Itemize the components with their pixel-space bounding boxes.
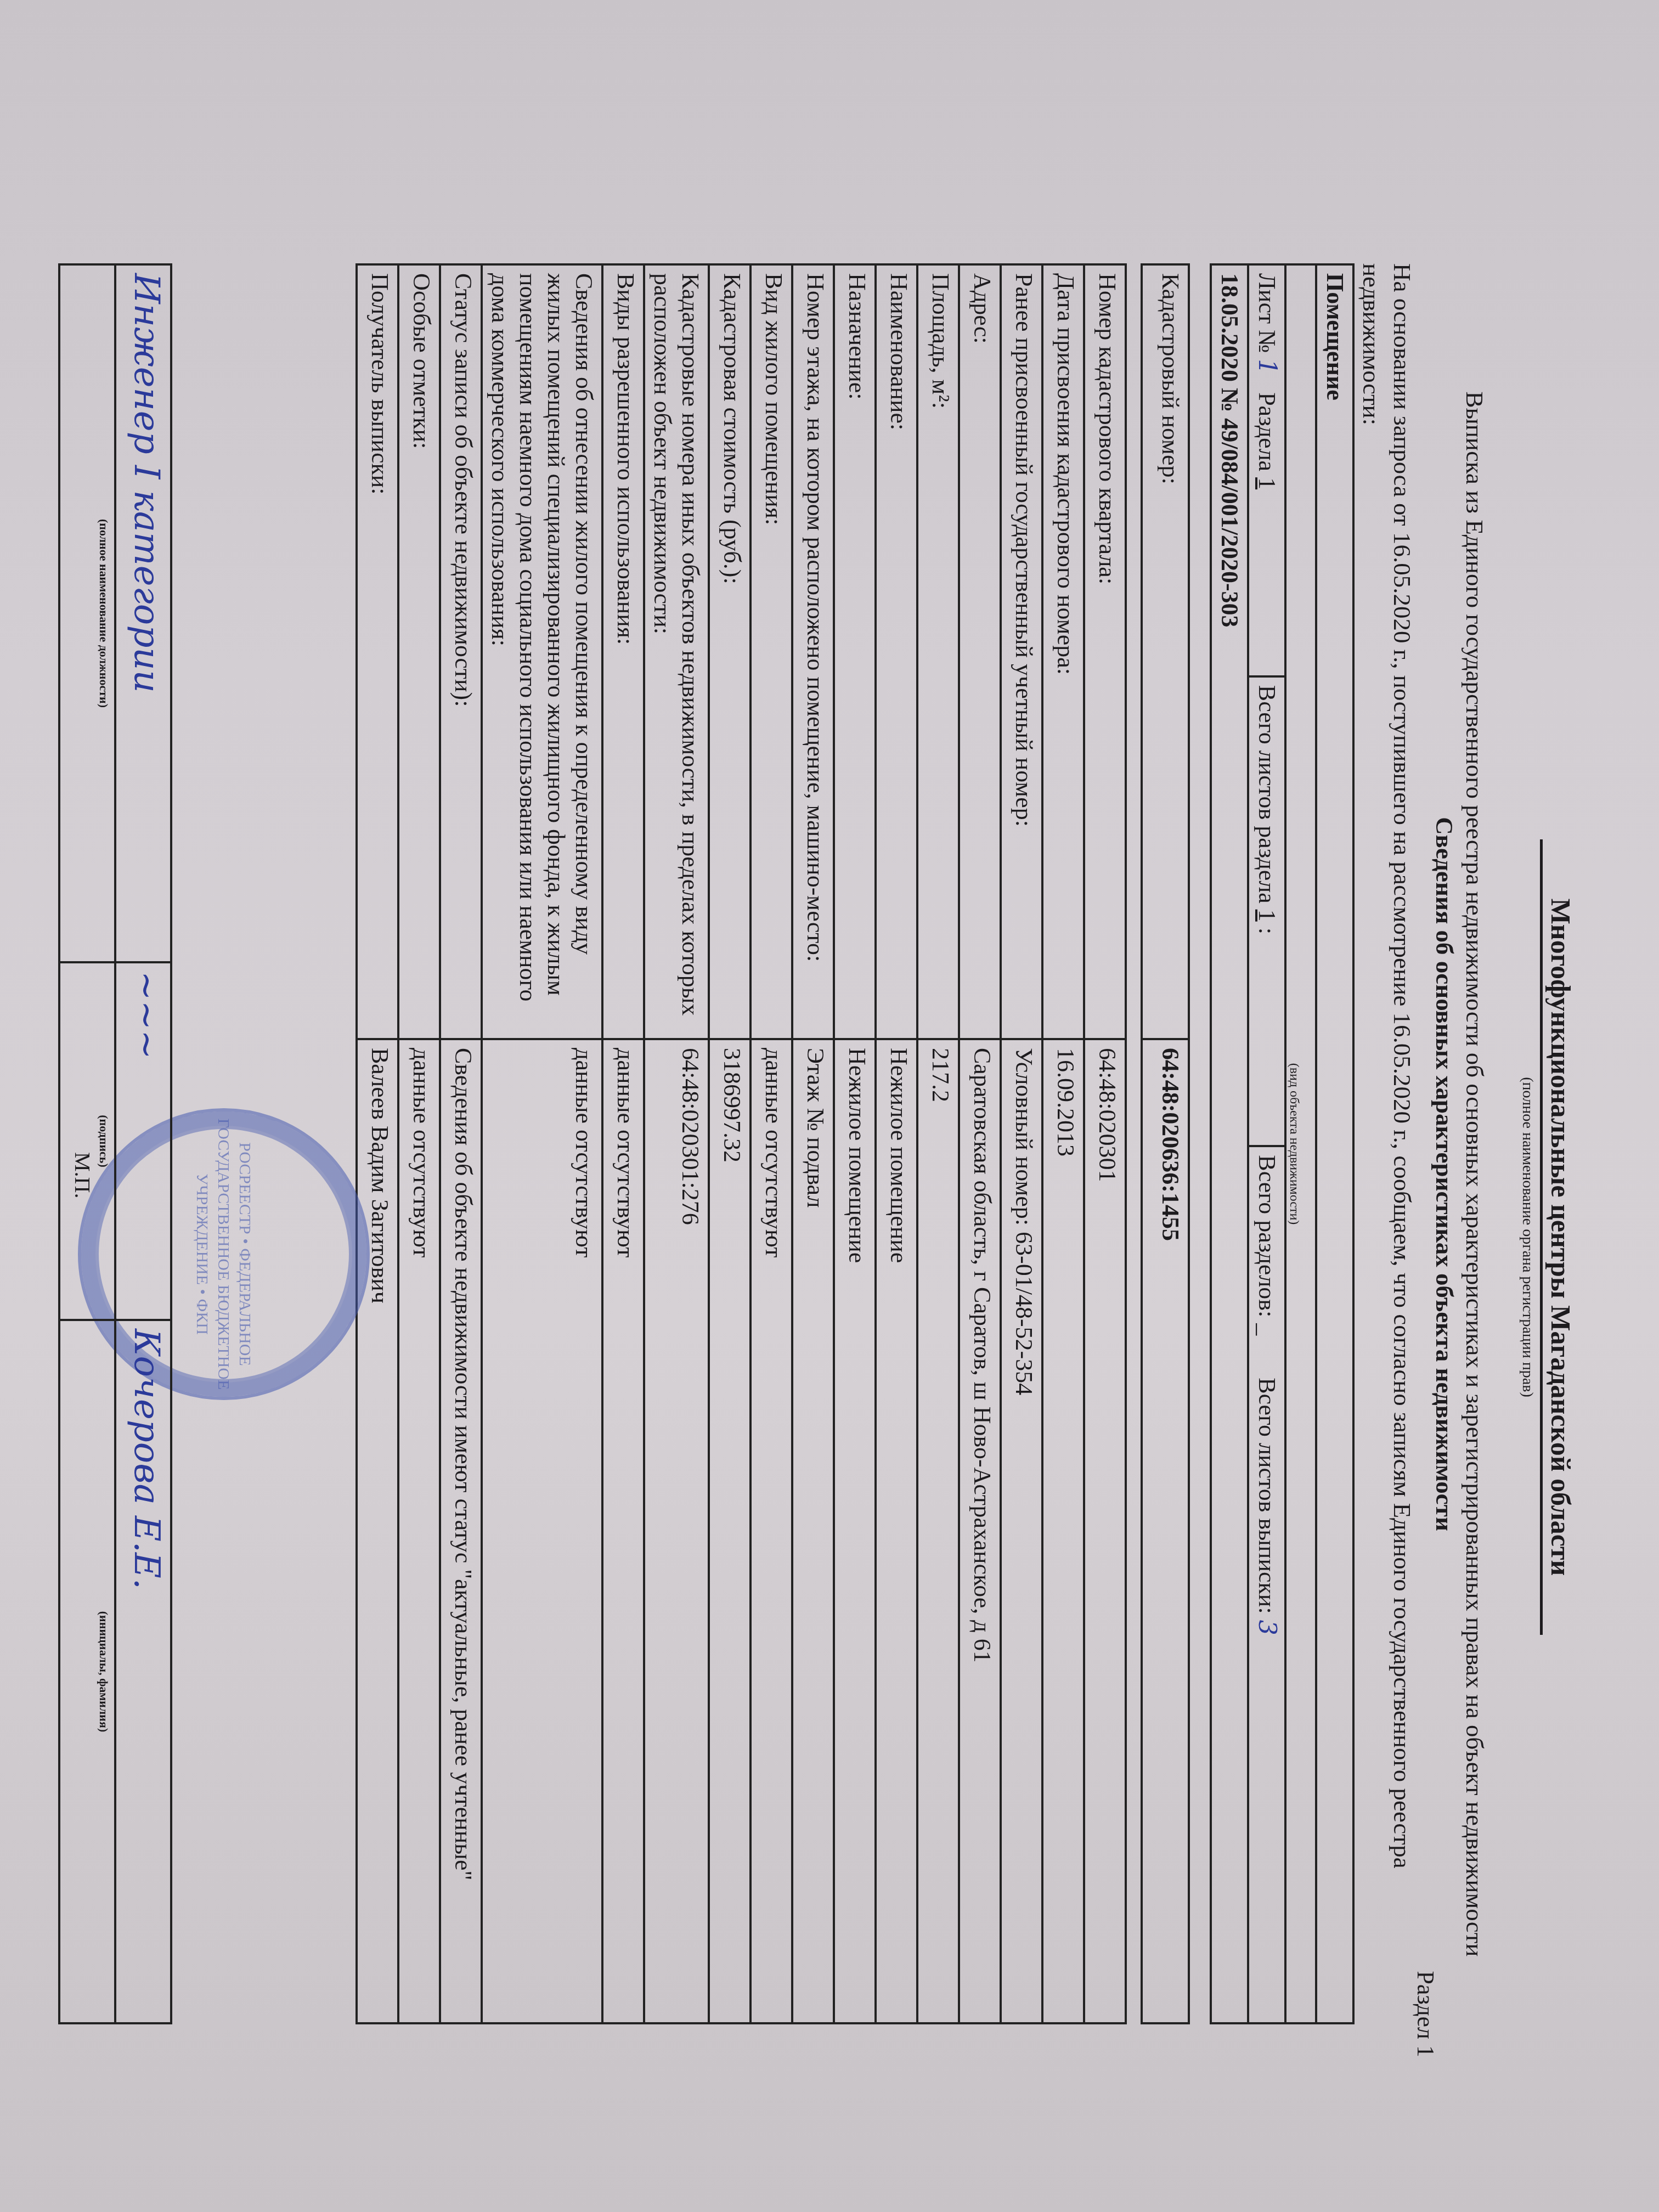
row-label: Наименование:: [876, 264, 917, 1039]
name-caption: (инициалы, фамилия): [59, 1320, 115, 2023]
row-label: Получатель выписки:: [357, 264, 398, 1039]
row-value: 3186997.32: [709, 1039, 751, 2023]
stamp-text: РОСРЕЕСТР • ФЕДЕРАЛЬНОЕ ГОСУДАРСТВЕННОЕ …: [192, 1111, 256, 1397]
seal-label: М.П.: [70, 1152, 95, 1198]
row-value: Саратовская область, г Саратов, ш Ново-А…: [959, 1039, 1001, 2023]
object-type: Помещение: [1316, 264, 1353, 2023]
row-value: Этаж № подвал: [792, 1039, 834, 2023]
row-label: Кадастровая стоимость (руб.):: [709, 264, 751, 1039]
table-row: Сведения об отнесении жилого помещения к…: [482, 264, 602, 2023]
sheet-number: 1: [1253, 359, 1281, 374]
row-label: Особые отметки:: [398, 264, 440, 1039]
total-sheets-section-cell: Всего листов раздела 1 :: [1248, 676, 1285, 1146]
table-row: Площадь, м²:217.2: [917, 264, 959, 2023]
table-row: Виды разрешенного использования:данные о…: [602, 264, 644, 2023]
basis-text: На основании запроса от 16.05.2020 г., п…: [1356, 263, 1418, 2019]
table-row: Вид жилого помещения:данные отсутствуют: [751, 264, 792, 2023]
position-cell: Инженер I категории: [115, 264, 171, 962]
document-subtitle: Сведения об основных характеристиках объ…: [1430, 296, 1459, 2052]
sheet-number-cell: Лист № 1 Раздела 1: [1248, 264, 1285, 676]
position-handwritten: Инженер I категории: [126, 273, 167, 693]
signature-handwritten-icon: ~~~: [126, 971, 167, 1059]
table-row: Статус записи об объекте недвижимости):С…: [440, 264, 482, 2023]
organization-caption: (полное наименование органа регистрации …: [1519, 839, 1536, 1635]
row-label: Номер этажа, на котором расположено поме…: [792, 264, 834, 1039]
table-row: Дата присвоения кадастрового номера:16.0…: [1042, 264, 1084, 2023]
sheet-label: Лист №: [1254, 273, 1280, 353]
document-title: Выписка из Единого государственного реес…: [1460, 296, 1489, 2052]
row-value: 64:48:020301:276: [644, 1039, 709, 2023]
name-handwritten: Кочерова Е.Е.: [126, 1329, 167, 1589]
name-cell: Кочерова Е.Е.: [115, 1320, 171, 2023]
section-label-inline: Раздела: [1254, 392, 1280, 471]
row-label: Адрес:: [959, 264, 1001, 1039]
table-row: Кадастровая стоимость (руб.):3186997.32: [709, 264, 751, 2023]
row-label: Дата присвоения кадастрового номера:: [1042, 264, 1084, 1039]
table-row: Получатель выписки:Валеев Вадим Загитови…: [357, 264, 398, 2023]
organization-name: Многофункциональные центры Магаданской о…: [1540, 839, 1577, 1635]
total-sections-cell: Всего разделов: _ Всего листов выписки: …: [1248, 1146, 1285, 2023]
signature-caption: (подпись): [59, 962, 115, 1320]
object-header-table: Помещение (вид объекта недвижимости) Лис…: [1210, 263, 1355, 2024]
table-row: Особые отметки:данные отсутствуют: [398, 264, 440, 2023]
row-value: Нежилое помещение: [876, 1039, 917, 2023]
row-label: Сведения об отнесении жилого помещения к…: [482, 264, 602, 1039]
total-sheets-section-value: 1: [1254, 910, 1280, 922]
total-sections-value: _: [1254, 1323, 1280, 1335]
signature-cell: ~~~: [115, 962, 171, 1320]
cadastral-number-label: Кадастровый номер:: [1142, 264, 1189, 1039]
date-and-number: 18.05.2020 № 49/084/001/2020-303: [1211, 264, 1248, 2023]
document-sheet: Многофункциональные центры Магаданской о…: [0, 0, 1659, 2212]
total-sheets-label: Всего листов выписки:: [1254, 1378, 1280, 1613]
cadastral-number-value: 64:48:020636:1455: [1142, 1039, 1189, 2023]
total-sheets-value: 3: [1253, 1620, 1281, 1635]
table-row: Номер этажа, на котором расположено поме…: [792, 264, 834, 2023]
row-label: Номер кадастрового квартала:: [1084, 264, 1126, 1039]
row-label: Кадастровые номера иных объектов недвижи…: [644, 264, 709, 1039]
row-label: Ранее присвоенный государственный учетны…: [1001, 264, 1042, 1039]
section-number: 1: [1254, 477, 1280, 489]
total-sheets-section-label: Всего листов раздела: [1254, 685, 1280, 904]
row-value: Условный номер: 63-01/48-52-354: [1001, 1039, 1042, 2023]
row-value: 217.2: [917, 1039, 959, 2023]
table-row: Адрес:Саратовская область, г Саратов, ш …: [959, 264, 1001, 2023]
table-row: Ранее присвоенный государственный учетны…: [1001, 264, 1042, 2023]
row-value: Сведения об объекте недвижимости имеют с…: [440, 1039, 482, 2023]
table-row: Кадастровые номера иных объектов недвижи…: [644, 264, 709, 2023]
row-value: данные отсутствуют: [751, 1039, 792, 2023]
row-label: Площадь, м²:: [917, 264, 959, 1039]
row-label: Виды разрешенного использования:: [602, 264, 644, 1039]
cadastral-number-table: Кадастровый номер: 64:48:020636:1455: [1141, 263, 1190, 2024]
table-row: Наименование:Нежилое помещение: [876, 264, 917, 2023]
row-value: данные отсутствуют: [398, 1039, 440, 2023]
row-value: Валеев Вадим Загитович: [357, 1039, 398, 2023]
total-sections-label: Всего разделов:: [1254, 1155, 1280, 1317]
characteristics-rows: Номер кадастрового квартала:64:48:020301…: [357, 264, 1126, 2023]
row-value: 16.09.2013: [1042, 1039, 1084, 2023]
position-caption: (полное наименование должности): [59, 264, 115, 962]
row-label: Назначение:: [834, 264, 876, 1039]
signature-table: Инженер I категории ~~~ Кочерова Е.Е. (п…: [58, 263, 172, 2024]
row-label: Статус записи об объекте недвижимости):: [440, 264, 482, 1039]
row-value: Нежилое помещение: [834, 1039, 876, 2023]
table-row: Назначение:Нежилое помещение: [834, 264, 876, 2023]
object-type-caption: (вид объекта недвижимости): [1285, 264, 1316, 2023]
row-label: Вид жилого помещения:: [751, 264, 792, 1039]
row-value: 64:48:020301: [1084, 1039, 1126, 2023]
row-value: данные отсутствуют: [602, 1039, 644, 2023]
characteristics-table: Номер кадастрового квартала:64:48:020301…: [356, 263, 1127, 2024]
table-row: Номер кадастрового квартала:64:48:020301: [1084, 264, 1126, 2023]
row-value: данные отсутствуют: [482, 1039, 602, 2023]
